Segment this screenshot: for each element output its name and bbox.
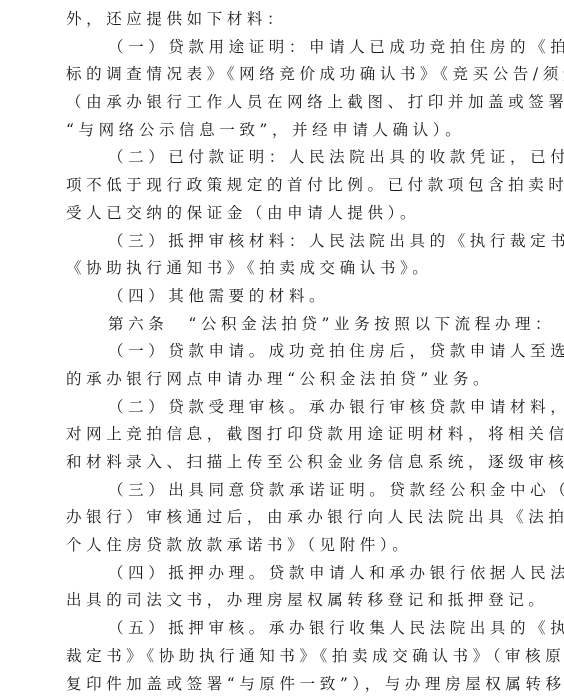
- text-line: （一）贷款申请。成功竞拍住房后，贷款申请人至选定: [66, 338, 490, 366]
- text-line: 出具的司法文书，办理房屋权属转移登记和抵押登记。: [66, 587, 490, 615]
- text-line: 对网上竞拍信息，截图打印贷款用途证明材料，将相关信息: [66, 421, 490, 449]
- text-line: 的承办银行网点申请办理“公积金法拍贷”业务。: [66, 366, 490, 394]
- text-line: 第六条 “公积金法拍贷”业务按照以下流程办理：: [66, 311, 490, 339]
- text-line: 项不低于现行政策规定的首付比例。已付款项包含拍卖时买: [66, 172, 490, 200]
- text-line: （二）已付款证明：人民法院出具的收款凭证，已付款: [66, 144, 490, 172]
- text-line: 裁定书》《协助执行通知书》《拍卖成交确认书》（审核原件，: [66, 643, 490, 671]
- text-line: “与网络公示信息一致”，并经申请人确认）。: [66, 117, 490, 145]
- text-line: （一）贷款用途证明：申请人已成功竞拍住房的《拍卖: [66, 34, 490, 62]
- text-line: 受人已交纳的保证金（由申请人提供）。: [66, 200, 490, 228]
- text-line: （二）贷款受理审核。承办银行审核贷款申请材料，核: [66, 394, 490, 422]
- text-line: 《协助执行通知书》《拍卖成交确认书》。: [66, 255, 490, 283]
- text-line: 办银行）审核通过后，由承办银行向人民法院出具《法拍房: [66, 504, 490, 532]
- document-page: 外，还应提供如下材料：（一）贷款用途证明：申请人已成功竞拍住房的《拍卖标的调查情…: [66, 6, 490, 698]
- text-line: 外，还应提供如下材料：: [66, 6, 490, 34]
- text-line: （由承办银行工作人员在网络上截图、打印并加盖或签署: [66, 89, 490, 117]
- text-line: （三）出具同意贷款承诺证明。贷款经公积金中心（承: [66, 477, 490, 505]
- text-line: （三）抵押审核材料：人民法院出具的《执行裁定书》: [66, 228, 490, 256]
- text-line: （四）抵押办理。贷款申请人和承办银行依据人民法院: [66, 560, 490, 588]
- text-line: 和材料录入、扫描上传至公积金业务信息系统，逐级审核。: [66, 449, 490, 477]
- text-line: 复印件加盖或签署“与原件一致”），与办理房屋权属转移登: [66, 671, 490, 699]
- text-line: 个人住房贷款放款承诺书》（见附件）。: [66, 532, 490, 560]
- text-line: （四）其他需要的材料。: [66, 283, 490, 311]
- text-line: （五）抵押审核。承办银行收集人民法院出具的《执行: [66, 615, 490, 643]
- text-line: 标的调查情况表》《网络竞价成功确认书》《竞买公告/须知》: [66, 61, 490, 89]
